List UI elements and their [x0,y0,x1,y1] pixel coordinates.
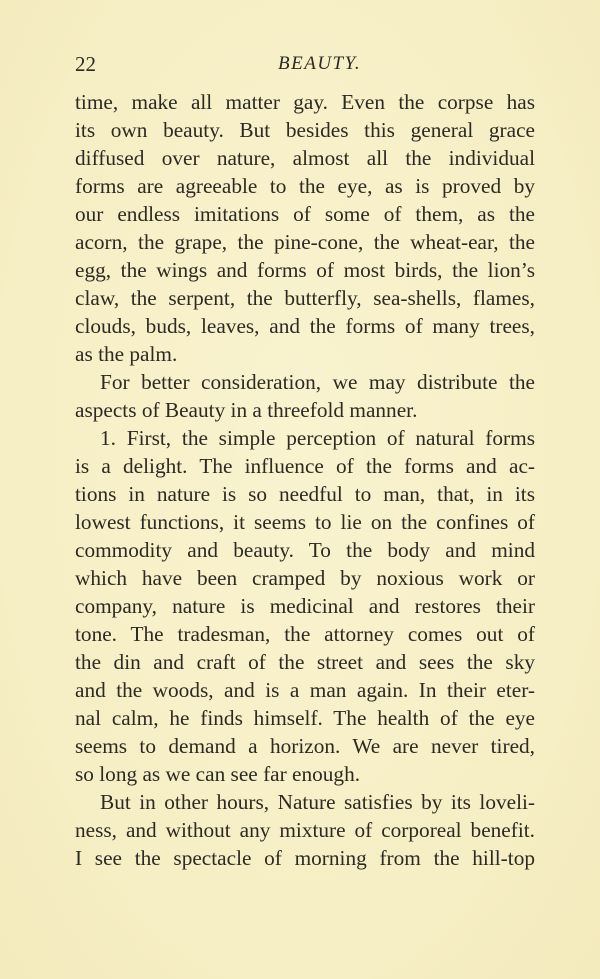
text-line: 1. First, the simple perception of natur… [75,424,535,452]
text-line: its own beauty. But besides this general… [75,116,535,144]
text-line: is a delight. The influence of the forms… [75,452,535,480]
text-line: forms are agreeable to the eye, as is pr… [75,172,535,200]
text-line: tone. The tradesman, the attorney comes … [75,620,535,648]
running-title: BEAUTY. [278,53,361,75]
text-line: acorn, the grape, the pine-cone, the whe… [75,228,535,256]
text-line: so long as we can see far enough. [75,760,535,788]
text-line: lowest functions, it seems to lie on the… [75,508,535,536]
text-line: time, make all matter gay. Even the corp… [75,88,535,116]
text-line: nal calm, he finds himself. The health o… [75,704,535,732]
text-line: claw, the serpent, the butterfly, sea-sh… [75,284,535,312]
text-line: tions in nature is so needful to man, th… [75,480,535,508]
text-line: clouds, buds, leaves, and the forms of m… [75,312,535,340]
text-line: ness, and without any mixture of corpore… [75,816,535,844]
text-line: the din and craft of the street and sees… [75,648,535,676]
text-line: commodity and beauty. To the body and mi… [75,536,535,564]
text-line: our endless imitations of some of them, … [75,200,535,228]
body-text: time, make all matter gay. Even the corp… [75,88,535,872]
text-line: diffused over nature, almost all the ind… [75,144,535,172]
text-line: But in other hours, Nature satisfies by … [75,788,535,816]
book-page: 22 BEAUTY. time, make all matter gay. Ev… [0,0,600,979]
text-line: seems to demand a horizon. We are never … [75,732,535,760]
text-line: aspects of Beauty in a threefold manner. [75,396,535,424]
text-line: company, nature is medicinal and restore… [75,592,535,620]
text-line: and the woods, and is a man again. In th… [75,676,535,704]
text-line: which have been cramped by noxious work … [75,564,535,592]
text-line: I see the spectacle of morning from the … [75,844,535,872]
text-line: For better consideration, we may distrib… [75,368,535,396]
text-line: egg, the wings and forms of most birds, … [75,256,535,284]
text-line: as the palm. [75,340,535,368]
page-number: 22 [75,52,96,77]
running-head: 22 BEAUTY. [75,52,535,82]
